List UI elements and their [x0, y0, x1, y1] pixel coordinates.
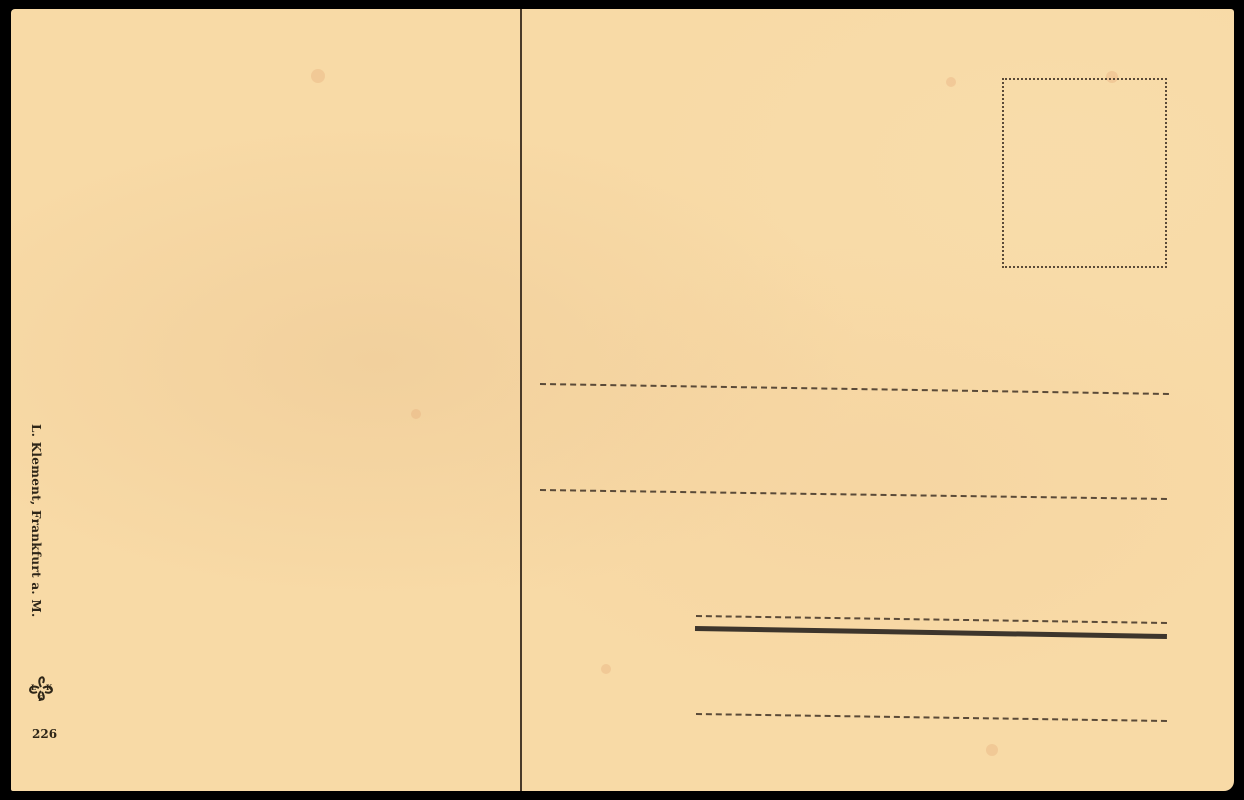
stain: [411, 409, 421, 419]
stain: [986, 744, 998, 756]
address-line-4: [696, 713, 1167, 722]
publisher-imprint: L. Klement, Frankfurt a. M.: [29, 424, 43, 617]
svg-text:F: F: [38, 694, 43, 703]
address-line-3: [696, 615, 1167, 624]
address-line-1: [540, 383, 1169, 395]
stain: [946, 77, 956, 87]
svg-text:K: K: [46, 683, 53, 692]
card-number: 226: [32, 727, 57, 741]
svg-text:L: L: [31, 683, 36, 692]
center-divider: [520, 9, 522, 791]
address-line-destination: [695, 626, 1167, 639]
clover-logo-icon: L K F: [23, 670, 59, 706]
postcard-back: L. Klement, Frankfurt a. M. L K F 226: [11, 9, 1234, 791]
stamp-box: [1002, 78, 1167, 268]
stain: [601, 664, 611, 674]
address-line-2: [540, 489, 1167, 500]
stain: [311, 69, 325, 83]
